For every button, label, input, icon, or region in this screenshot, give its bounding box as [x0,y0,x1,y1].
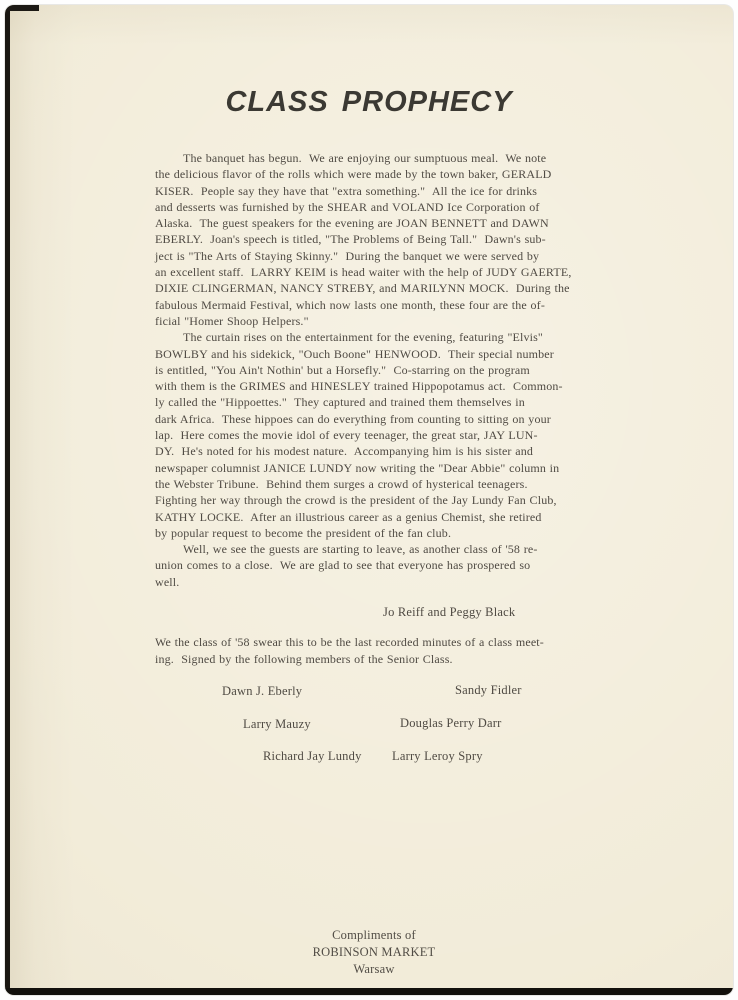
scan-edge-top-left [5,5,39,11]
paragraph-farewell: Well, we see the guests are starting to … [155,541,571,590]
signature-larry-mauzy: Larry Mauzy [243,717,311,732]
signature-dawn-eberly: Dawn J. Eberly [222,684,302,699]
closing-statement: We the class of '58 swear this to be the… [155,634,544,667]
signature-sandy-fidler: Sandy Fidler [455,683,522,698]
scan-edge-bottom [5,988,733,995]
signature-douglas-darr: Douglas Perry Darr [400,716,502,731]
prophecy-text: The banquet has begun. We are enjoying o… [155,150,571,590]
byline-authors: Jo Reiff and Peggy Black [383,605,515,620]
signature-larry-spry: Larry Leroy Spry [392,749,483,764]
paragraph-banquet: The banquet has begun. We are enjoying o… [155,150,571,329]
signature-richard-lundy: Richard Jay Lundy [263,749,362,764]
scan-edge-left [5,5,10,995]
page-title: CLASS PROPHECY [5,86,733,119]
sponsor-note: Compliments of ROBINSON MARKET Warsaw [10,927,733,978]
scanned-page: CLASS PROPHECY The banquet has begun. We… [5,5,733,995]
paragraph-entertainment: The curtain rises on the entertainment f… [155,329,571,541]
